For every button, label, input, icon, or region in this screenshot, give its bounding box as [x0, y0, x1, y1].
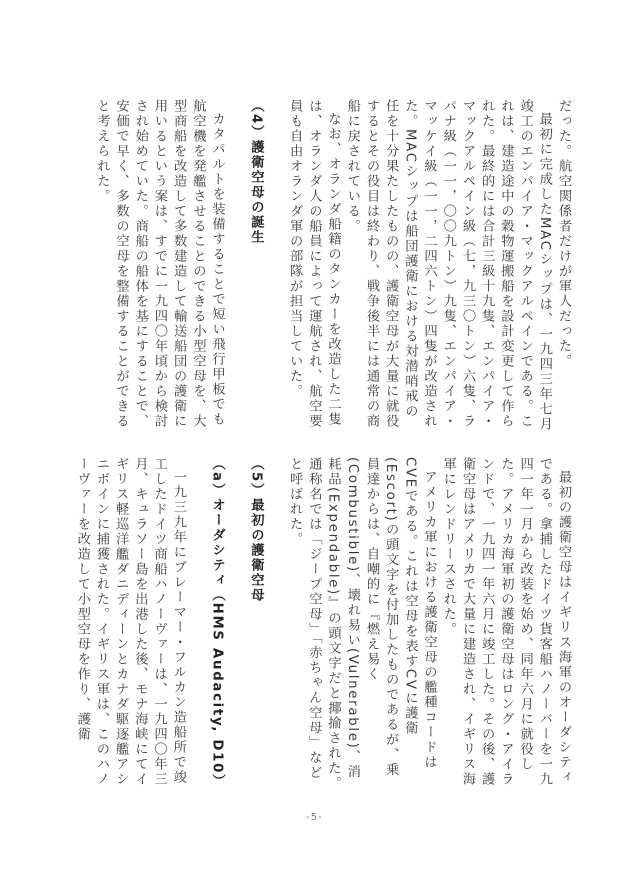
section-heading: （5）最初の護衛空母	[246, 457, 265, 791]
top-text-block: だった。航空関係者だけが軍人だった。 最初に完成したMACシップは、一九四三年七…	[92, 99, 573, 433]
section-heading: （4）護衛空母の誕生	[246, 99, 265, 433]
paragraph: 最初の護衛空母はイギリス海軍のオーダシティである。拿捕したドイツ貨客船ハノーバー…	[439, 457, 573, 791]
paragraph: アメリカ軍における護衛空母の艦種コードはCVEである。これは空母を表すCVに護衛…	[285, 457, 439, 791]
bottom-text-block: 最初の護衛空母はイギリス海軍のオーダシティである。拿捕したドイツ貨客船ハノーバー…	[73, 457, 573, 791]
page-number: -5-	[0, 812, 629, 823]
paragraph: 最初に完成したMACシップは、一九四三年七月竣工のエンパイア・マックアルペインで…	[343, 99, 554, 433]
paragraph: カタパルトを装備することで短い飛行甲板でも航空機を発艦させることのできる小型空母…	[92, 99, 226, 433]
paragraph: なお、オランダ船籍のタンカーを改造した二隻は、オランダ人の船員によって運航され、…	[285, 99, 343, 433]
paragraph: だった。航空関係者だけが軍人だった。	[554, 99, 573, 433]
paragraph: 一九三九年にブレーマー・フルカン造船所で竣工したドイツ商船ハノーヴァーは、一九四…	[73, 457, 188, 791]
subsection-heading: （a）オーダシティ（HMS Audacity, D10）	[207, 457, 226, 791]
